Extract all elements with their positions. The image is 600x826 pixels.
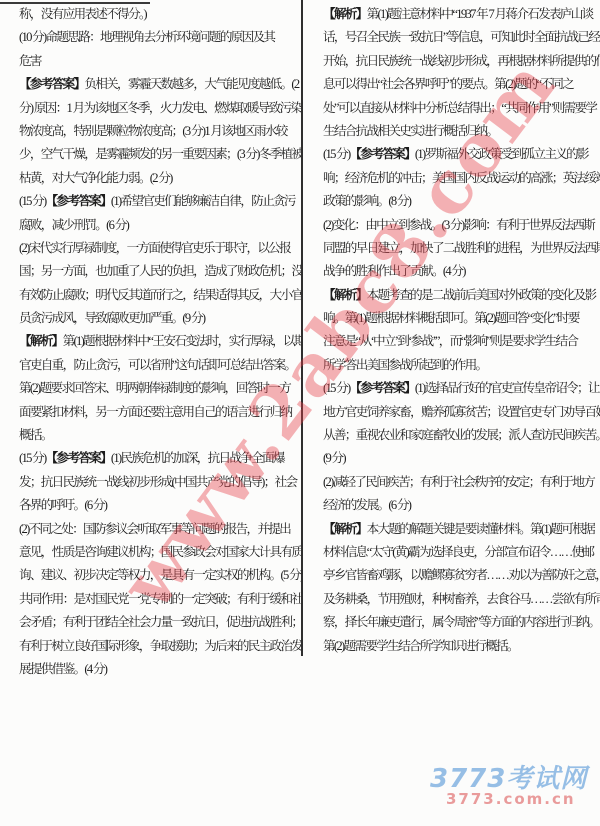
- answer-line: 分) 原因：1 月为该地区冬季，火力发电、燃煤取暖导致污染: [19, 97, 301, 120]
- answer-line: 响。第(1)题根据材料概括即可。第(2)题回答“变化”时要: [323, 307, 600, 330]
- answer-line: 生结合抗战相关史实进行概括归纳。: [323, 120, 600, 143]
- answer-line: 【参考答案】负相关，雾霾天数越多，大气能见度越低。(2: [19, 73, 301, 96]
- scanned-answer-page: 称，没有应用表述不得分。)44.(10 分)命题思路：地理视角去分析环境问题的原…: [0, 0, 600, 826]
- answer-line: 有效防止腐败；明代反其道而行之，结果适得其反，大小官: [19, 284, 301, 307]
- answer-line: 注意是“从‘中立’到‘参战’”，而“影响”则是要求学生结合: [323, 330, 600, 353]
- answer-line: 少，空气干燥，是雾霾频发的另一重要因素；(3 分)冬季植被: [19, 143, 301, 166]
- column-divider: [301, 0, 303, 656]
- answer-line: 战争的胜利作出了贡献。(4 分): [323, 260, 600, 283]
- answer-line: 官吏自重，防止贪污，可以省刑”这句话即可总结出答案。: [19, 354, 301, 377]
- answer-line: 同盟的早日建立，加快了二战胜利的进程，为世界反法西斯: [323, 237, 600, 260]
- answer-line: 息可以得出“社会各界呼吁”的要点。第(2)题的“不同之: [323, 73, 600, 96]
- answer-line: 第(2)题要求回答宋、明两朝俸禄制度的影响，回答时一方: [19, 377, 301, 400]
- answer-line: 第(2)题需要学生结合所学知识进行概括。: [323, 635, 600, 658]
- answer-line: 47.(15 分)【参考答案】(1)罗斯福外交政策受到孤立主义的影: [323, 143, 600, 166]
- answer-line: 亭乡官皆畜鸡豚，以赡鳏寡贫穷者……劝以为善防奸之意，: [323, 564, 600, 587]
- answer-line: 危害: [19, 50, 301, 73]
- answer-line: 察，择长年廉吏遣行，属令周密”等方面的内容进行归纳。: [323, 611, 600, 634]
- answer-line: 面要紧扣材料，另一方面还要注意用自己的语言进行归纳: [19, 401, 301, 424]
- answer-line: 材料信息“太守(黄)霸为选择良吏，分部宣布诏令……使邮: [323, 541, 600, 564]
- answer-line: 地方官吏饲养家畜，赡养孤寡贫苦；设置官吏专门劝导百姓: [323, 401, 600, 424]
- answer-line: 【解析】本大题的解题关键是要读懂材料。第(1)题可根据: [323, 518, 600, 541]
- answer-line: 45.(15 分)【参考答案】(1)希望官吏们能够廉洁自律，防止贪污: [19, 190, 301, 213]
- answer-line: 响；经济危机的冲击；美国国内反战运动的高涨；英法绥靖: [323, 167, 600, 190]
- answer-line: 开始，抗日民族统一战线初步形成，再根据材料所提供的信: [323, 50, 600, 73]
- answer-line: 意见，性质是咨询建议机构；国民参政会对国家大计具有质: [19, 541, 301, 564]
- answer-line: 国；另一方面，也加重了人民的负担，造成了财政危机；没有: [19, 260, 301, 283]
- answer-line: 枯黄，对大气净化能力弱。(2 分): [19, 167, 301, 190]
- answer-line: 46.(15 分)【参考答案】(1)民族危机的加深，抗日战争全面爆: [19, 447, 301, 470]
- answer-line: 会矛盾；有利于团结全社会力量一致抗日，促进抗战胜利；: [19, 611, 301, 634]
- answer-line: 【解析】本题考查的是二战前后美国对外政策的变化及影: [323, 284, 600, 307]
- answer-line: (2)不同之处：国防参议会听取军事等问题的报告，并提出: [19, 518, 301, 541]
- answer-line: 政策的影响。(8 分): [323, 190, 600, 213]
- answer-line: 有利于树立良好国际形象，争取援助；为后来的民主政治发: [19, 635, 301, 658]
- answer-line: 所学答出美国参战所起到的作用。: [323, 354, 600, 377]
- answer-line: 【解析】第(1)题根据材料中“王安石变法时，实行厚禄，以期: [19, 330, 301, 353]
- answer-line: 经济的发展。(6 分): [323, 494, 600, 517]
- right-text-column: 【解析】第(1)题注意材料中“1937 年 7 月蒋介石发表庐山谈话，号召全民族…: [323, 3, 600, 658]
- answer-line: 展提供借鉴。(4 分): [19, 658, 301, 681]
- answer-line: 话，号召全民族一致抗日”等信息，可知此时全面抗战已经: [323, 26, 600, 49]
- answer-line: 各界的呼吁。(6 分): [19, 494, 301, 517]
- answer-line: 48.(15 分)【参考答案】(1)选择品行好的官吏宣传皇帝诏令；让: [323, 377, 600, 400]
- answer-line: (2)变化：由中立到参战。(3 分)影响：有利于世界反法西斯: [323, 214, 600, 237]
- answer-line: 及务耕桑，节用殖财，种树畜养，去食谷马……尝欲有所司: [323, 588, 600, 611]
- answer-line: 腐败，减少刑罚。(6 分): [19, 214, 301, 237]
- answer-line: 共同作用：是对国民党一党专制的一定突破；有利于缓和社: [19, 588, 301, 611]
- answer-line: 员贪污成风，导致腐败更加严重。(9 分): [19, 307, 301, 330]
- answer-line: (2)宋代实行厚禄制度，一方面使得官吏乐于职守，以公报: [19, 237, 301, 260]
- answer-line: 询、建议、初步决定等权力，是具有一定实权的机构。(5 分): [19, 564, 301, 587]
- answer-line: 处”可以直接从材料中分析总结得出；“共同作用”则需要学: [323, 97, 600, 120]
- left-text-column: 称，没有应用表述不得分。)44.(10 分)命题思路：地理视角去分析环境问题的原…: [19, 3, 301, 681]
- answer-line: 【解析】第(1)题注意材料中“1937 年 7 月蒋介石发表庐山谈: [323, 3, 600, 26]
- answer-line: 44.(10 分)命题思路：地理视角去分析环境问题的原因及其: [19, 26, 301, 49]
- answer-line: 发；抗日民族统一战线初步形成(中国共产党的倡导)；社会: [19, 471, 301, 494]
- site-logo-domain: 3773.com.cn: [446, 790, 576, 808]
- answer-line: 物浓度高，特别是颗粒物浓度高；(3 分)1 月该地区雨水较: [19, 120, 301, 143]
- answer-line: 概括。: [19, 424, 301, 447]
- answer-line: (9 分): [323, 447, 600, 470]
- answer-line: 称，没有应用表述不得分。): [19, 3, 301, 26]
- answer-line: 从善；重视农业和家庭畜牧业的发展；派人查访民间疾苦。: [323, 424, 600, 447]
- answer-line: (2)减轻了民间疾苦；有利于社会秩序的安定；有利于地方: [323, 471, 600, 494]
